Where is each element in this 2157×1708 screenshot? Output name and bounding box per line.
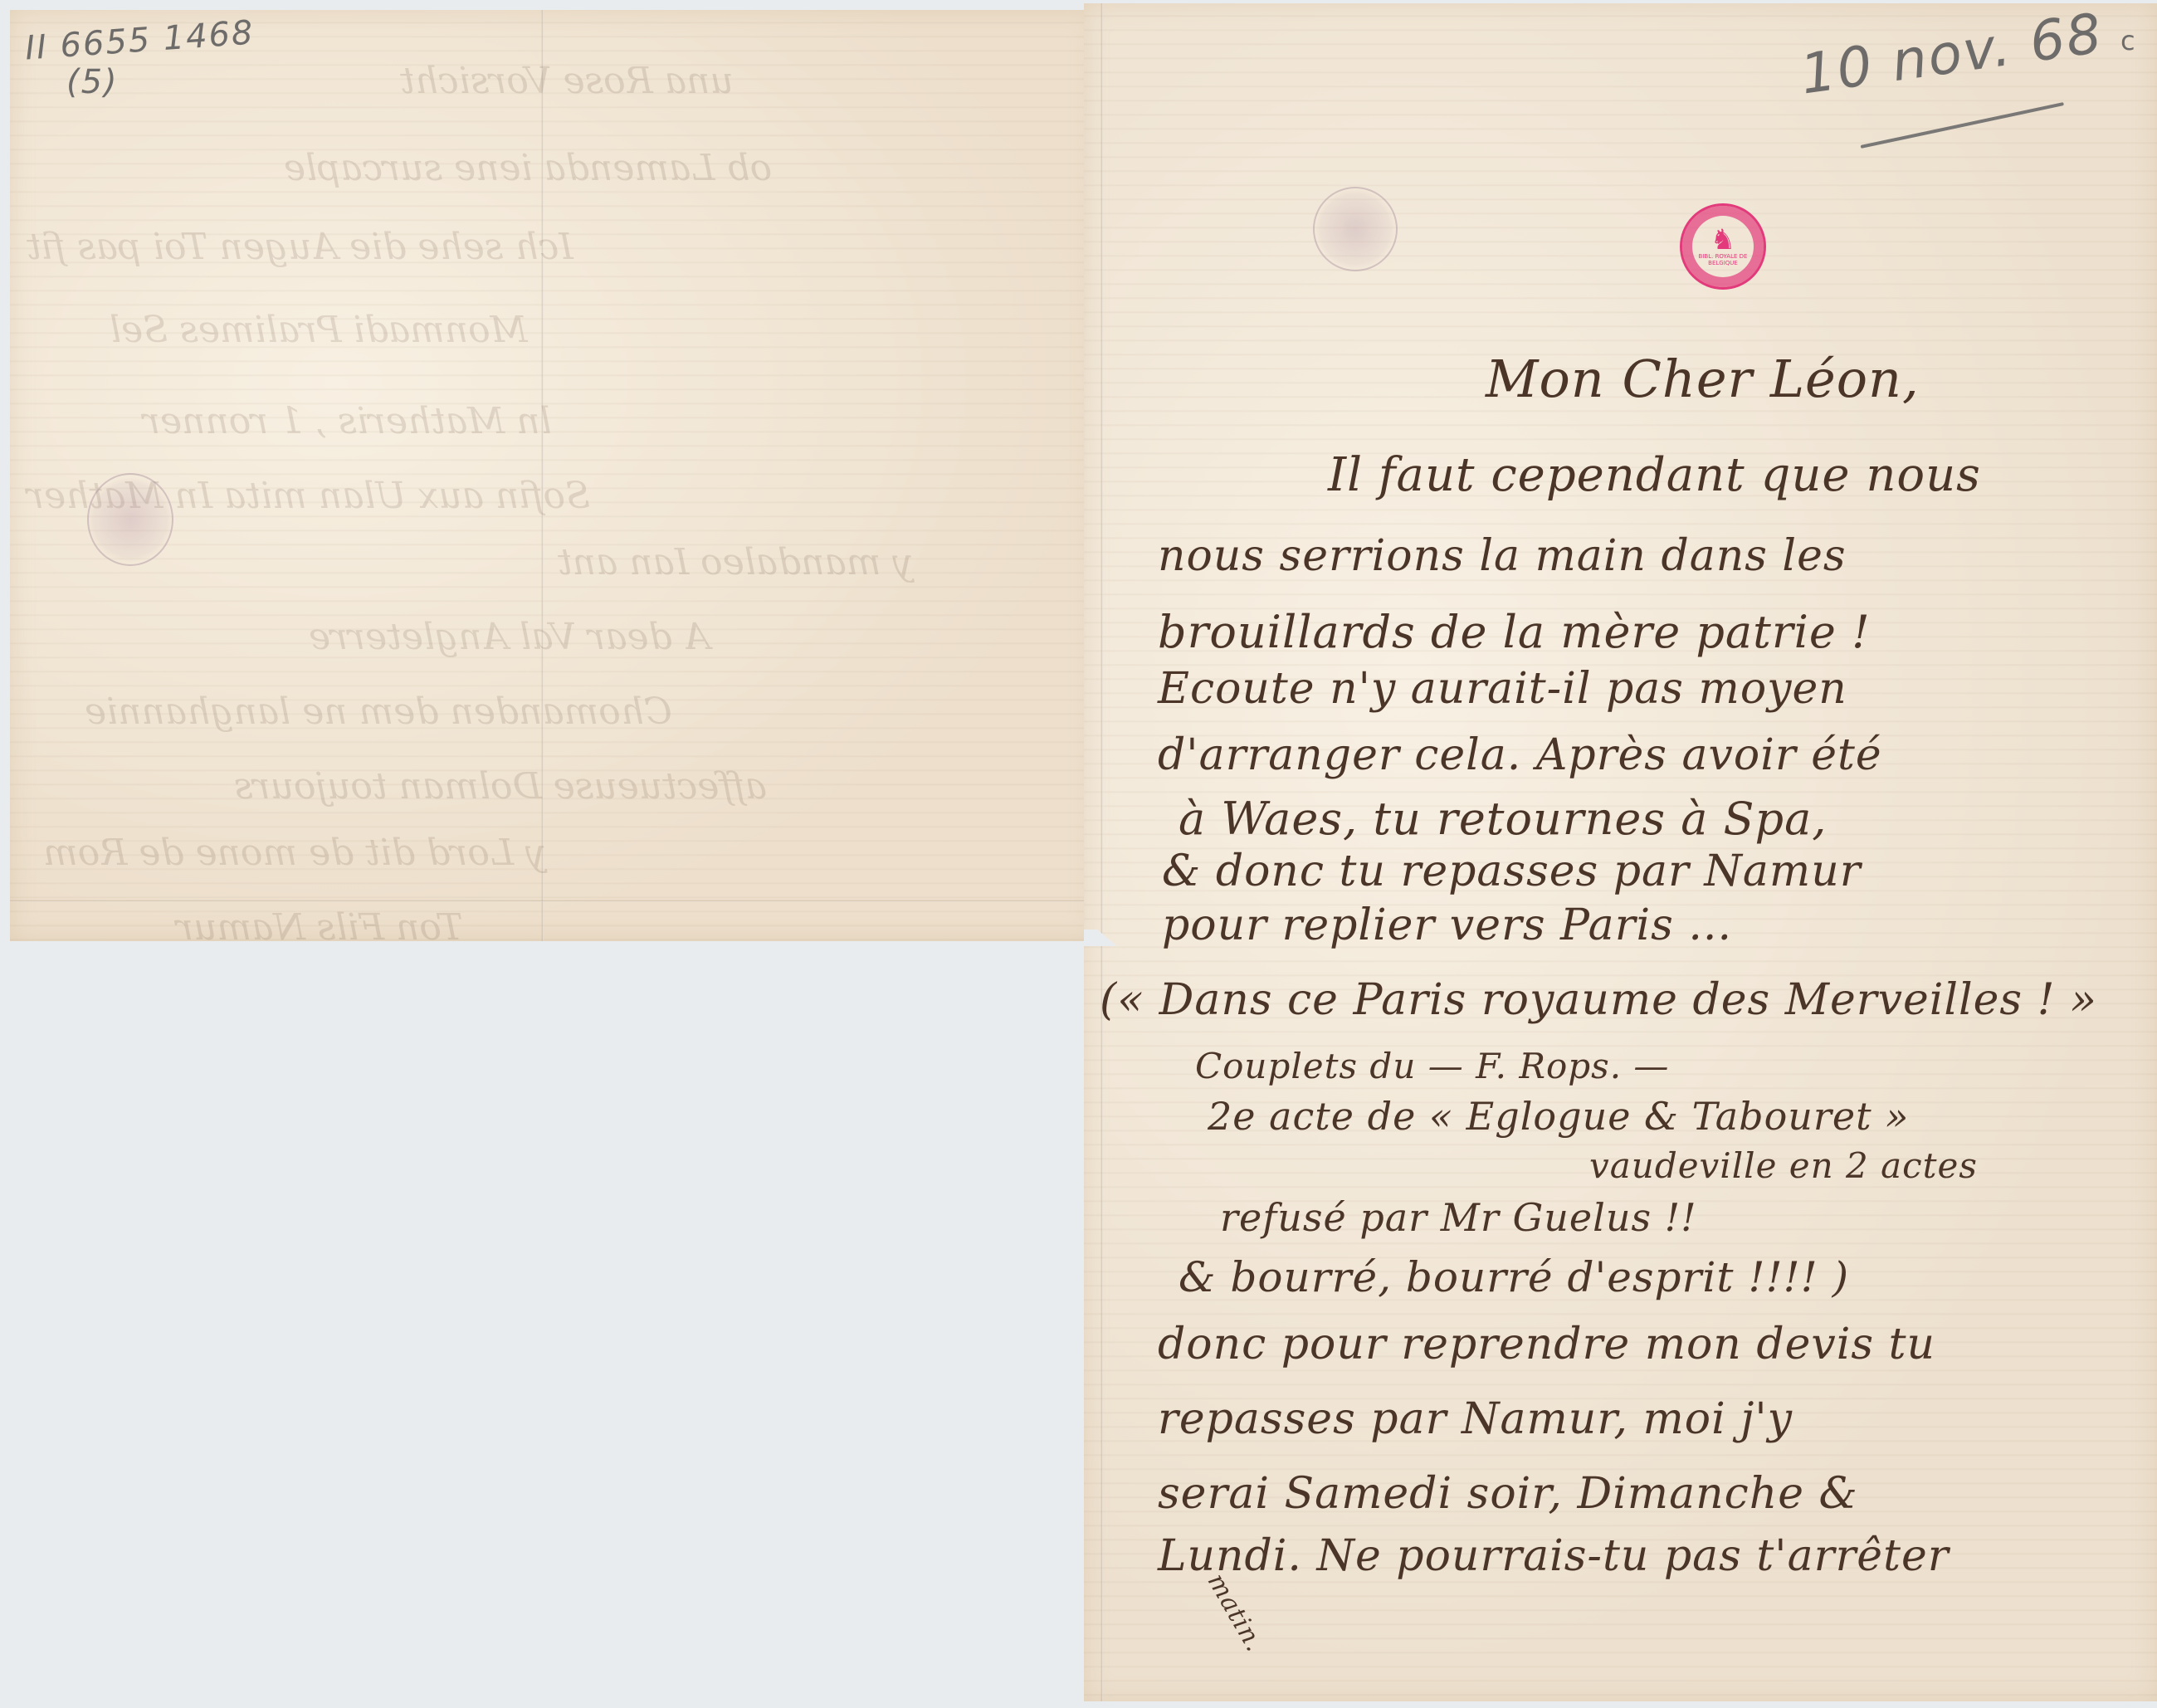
letter-line: brouillards de la mère patrie !: [1158, 606, 1871, 658]
stamp-text: BIBL. ROYALE DE BELGIQUE: [1690, 254, 1756, 266]
bleed-through-line: una Rose Vorsicht: [400, 60, 734, 102]
lion-emblem-icon: ♞: [1690, 226, 1756, 254]
letter-line-quotation: (« Dans ce Paris royaume des Merveilles …: [1100, 975, 2097, 1025]
library-stamp-icon: ♞ BIBL. ROYALE DE BELGIQUE: [1680, 203, 1766, 290]
letter-line: Lundi. Ne pourrais-tu pas t'arrêter: [1158, 1531, 1950, 1581]
salutation: Mon Cher Léon,: [1486, 349, 1920, 409]
letter-sheet-verso: una Rose Vorsicht ob Lamenda iene surcap…: [10, 10, 1096, 941]
bleed-through-line: y Lord dit de mone de Rom: [43, 832, 546, 874]
letter-line: serai Samedi soir, Dimanche &: [1158, 1469, 1858, 1519]
letter-line: d'arranger cela. Après avoir été: [1158, 730, 1882, 780]
bleed-through-line: Ich sehe die Augen Toi pas fit: [27, 226, 573, 268]
fold-crease-vertical: [1100, 3, 1103, 1701]
letter-line-play-title: 2e acte de « Eglogue & Tabouret »: [1208, 1094, 1909, 1139]
bleed-through-line: ln Matheris , 1 ronner: [143, 400, 552, 442]
letter-line: refusé par Mr Guelus !!: [1220, 1195, 1697, 1240]
letter-line: & bourré, bourré d'esprit !!!! ): [1179, 1253, 1849, 1301]
catalog-subnumber: (5): [66, 63, 119, 101]
letter-line: pour replier vers Paris ...: [1162, 900, 1732, 950]
bleed-through-line: y mandaleo Ian ant: [558, 541, 913, 583]
letter-line: Il faut cependant que nous: [1328, 448, 1981, 502]
letter-line: & donc tu repasses par Namur: [1162, 847, 1862, 896]
letter-line: Ecoute n'y aurait-il pas moyen: [1158, 664, 1847, 714]
letter-line: à Waes, tu retournes à Spa,: [1179, 793, 1827, 845]
bleed-through-line: affectueuse Dolman toujours: [234, 765, 767, 808]
bleed-through-line: Ton Fils Namur: [176, 906, 463, 949]
letter-line: vaudeville en 2 actes: [1589, 1145, 1978, 1186]
bleed-through-line: ob Lamenda iene surcaple: [284, 147, 772, 189]
letter-line: nous serrions la main dans les: [1158, 531, 1847, 581]
corner-letter: c: [2120, 25, 2137, 56]
letter-line-credit: Couplets du — F. Rops. —: [1195, 1046, 1669, 1086]
fold-crease-horizontal: [10, 900, 1096, 902]
library-stamp-bleed-icon: [1313, 187, 1398, 271]
bleed-through-line: Chomanden dem ne langhannie: [85, 691, 672, 733]
library-stamp-bleed-icon: [87, 473, 173, 566]
bleed-through-line: Monmadi Pralimes Sel: [110, 309, 528, 351]
letter-line: donc pour reprendre mon devis tu: [1158, 1320, 1935, 1369]
bleed-through-line: A dear Val Angleterre: [309, 616, 710, 658]
letter-line: repasses par Namur, moi j'y: [1158, 1394, 1793, 1444]
